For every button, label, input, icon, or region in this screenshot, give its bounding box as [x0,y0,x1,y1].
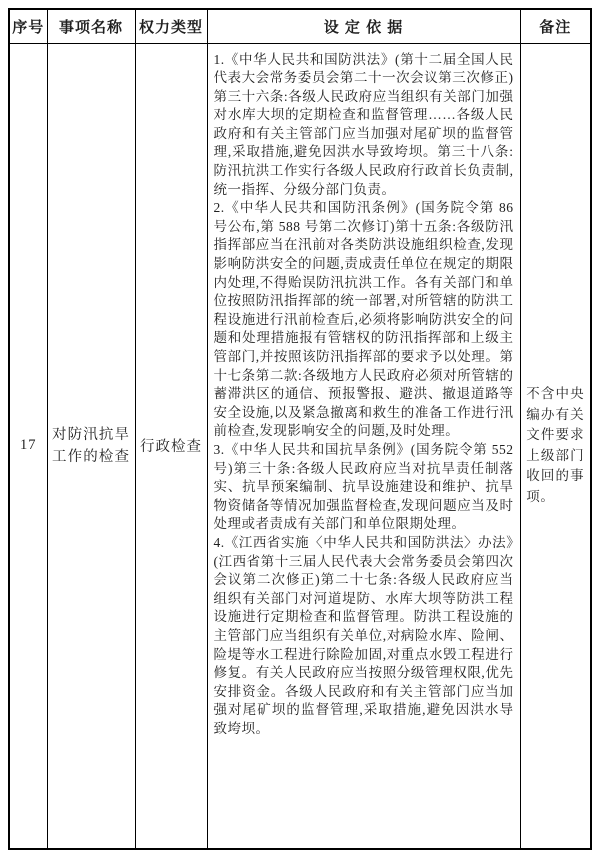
remark-text: 不含中央编办有关文件要求上级部门收回的事项。 [526,384,584,507]
cell-seq: 17 [9,43,47,849]
header-cell-item-name: 事项名称 [47,9,135,43]
document-page: 序号 事项名称 权力类型 设 定 依 据 备注 17 对防汛抗旱工作的检查 行政… [0,0,598,858]
cell-basis: 1.《中华人民共和国防洪法》(第十二届全国人民代表大会常务委员会第二十一次会议第… [207,43,520,849]
basis-paragraph-2: 2.《中华人民共和国防汛条例》(国务院令第 86 号公布,第 588 号第二次修… [214,199,514,441]
power-list-table: 序号 事项名称 权力类型 设 定 依 据 备注 17 对防汛抗旱工作的检查 行政… [8,8,592,850]
cell-remark: 不含中央编办有关文件要求上级部门收回的事项。 [520,43,591,849]
basis-paragraph-3: 3.《中华人民共和国抗旱条例》(国务院令第 552 号)第三十条:各级人民政府应… [214,441,514,534]
table-row: 17 对防汛抗旱工作的检查 行政检查 1.《中华人民共和国防洪法》(第十二届全国… [9,43,591,849]
cell-item-name: 对防汛抗旱工作的检查 [47,43,135,849]
header-cell-remark: 备注 [520,9,591,43]
basis-paragraph-4: 4.《江西省实施〈中华人民共和国防洪法〉办法》(江西省第十三届人民代表大会常务委… [214,534,514,739]
item-name-text: 对防汛抗旱工作的检查 [52,424,130,468]
header-row: 序号 事项名称 权力类型 设 定 依 据 备注 [9,9,591,43]
cell-power-type: 行政检查 [135,43,207,849]
basis-paragraph-1: 1.《中华人民共和国防洪法》(第十二届全国人民代表大会常务委员会第二十一次会议第… [214,51,514,200]
header-cell-seq: 序号 [9,9,47,43]
header-cell-power-type: 权力类型 [135,9,207,43]
header-cell-basis: 设 定 依 据 [207,9,520,43]
